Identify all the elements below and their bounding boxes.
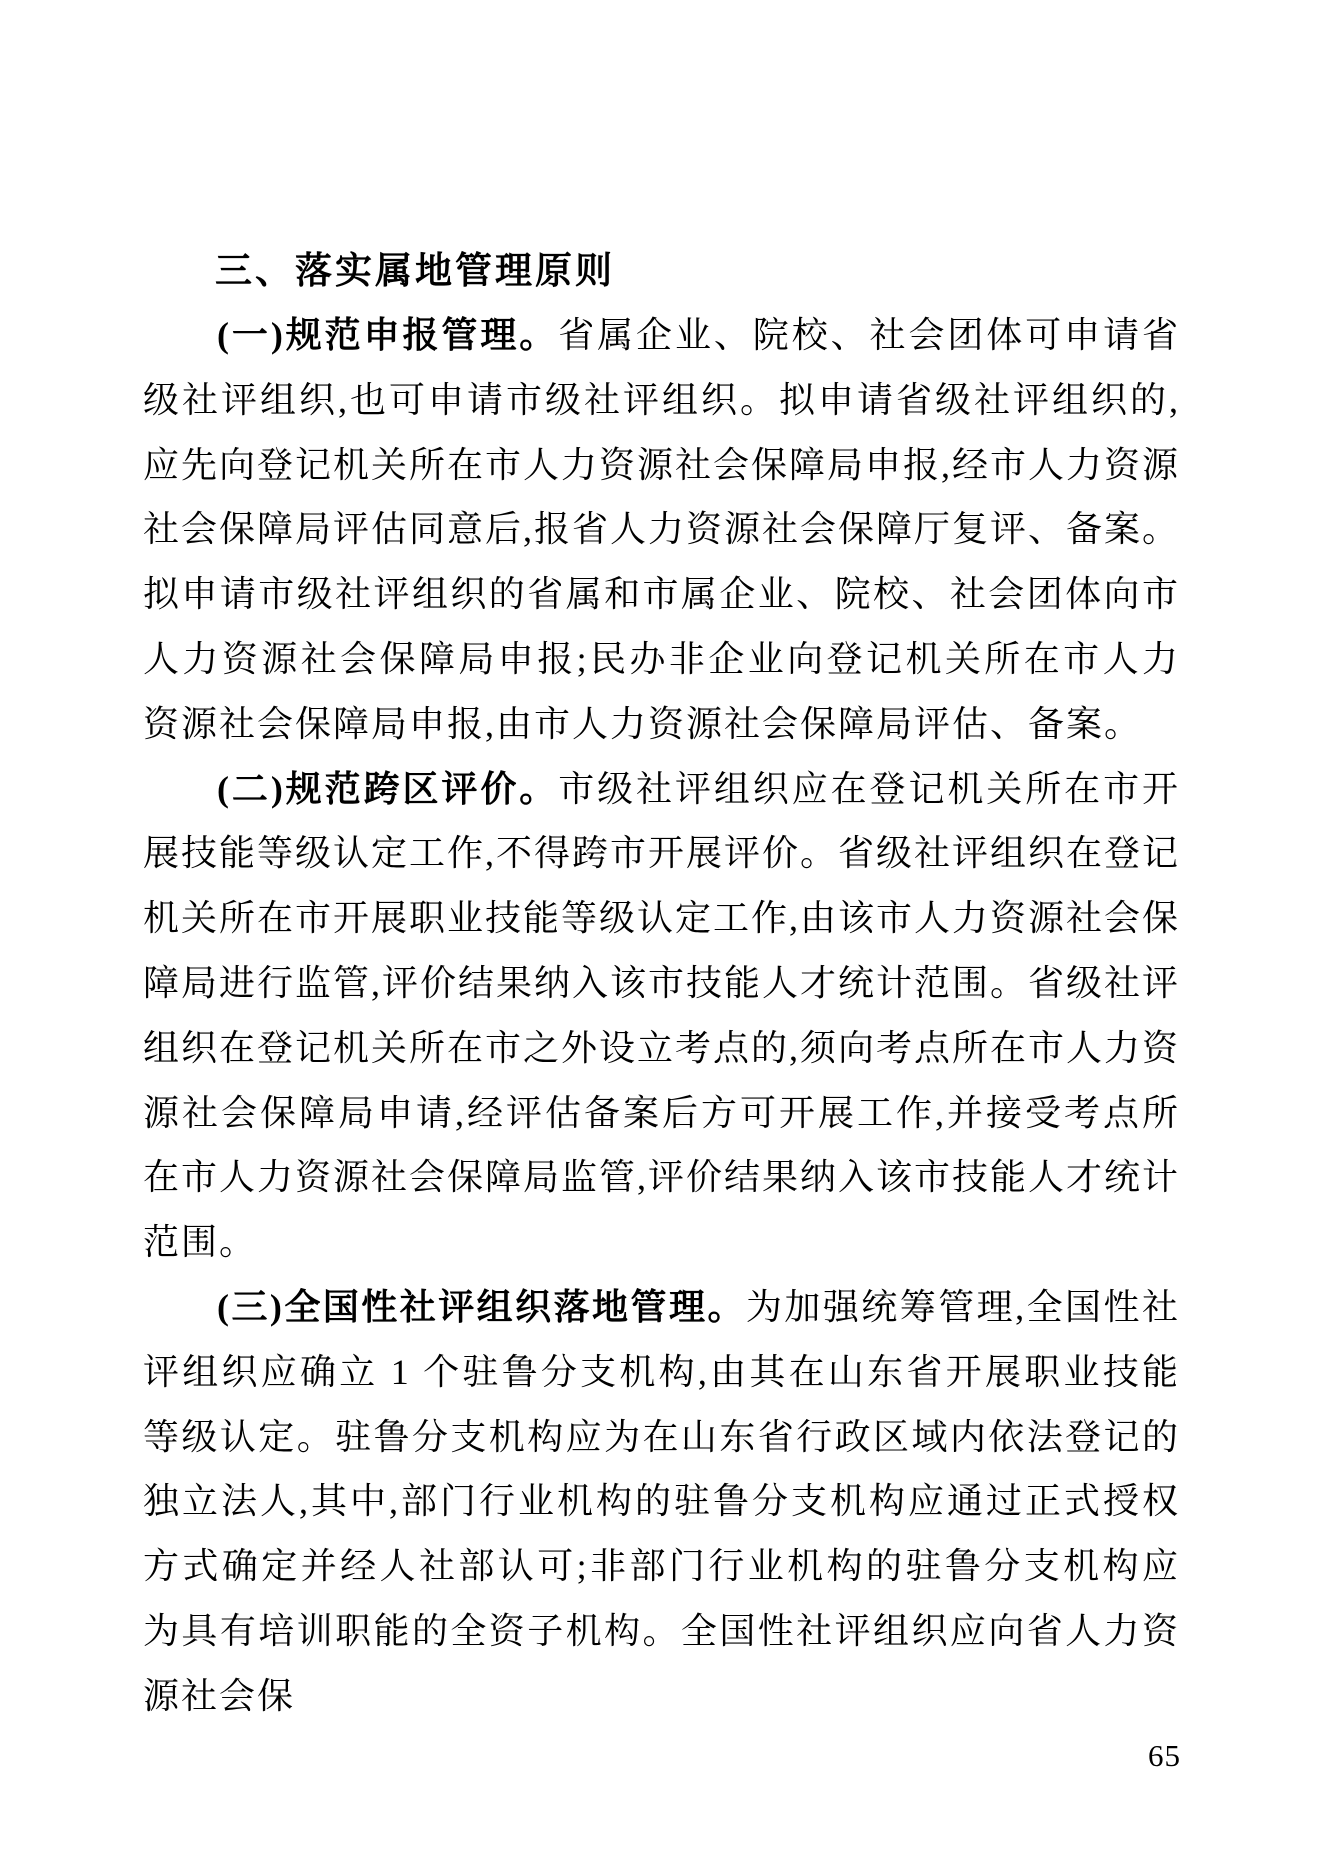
- section-heading: 三、落实属地管理原则: [143, 238, 1180, 303]
- page-number: 65: [1148, 1736, 1181, 1776]
- text-block: 三、落实属地管理原则 (一)规范申报管理。省属企业、院校、社会团体可申请省级社评…: [143, 238, 1180, 1729]
- paragraph-1: (一)规范申报管理。省属企业、院校、社会团体可申请省级社评组织,也可申请市级社评…: [143, 303, 1180, 757]
- document-page: 三、落实属地管理原则 (一)规范申报管理。省属企业、院校、社会团体可申请省级社评…: [0, 0, 1323, 1871]
- paragraph-1-lead: (一)规范申报管理。: [217, 315, 558, 355]
- paragraph-2-lead: (二)规范跨区评价。: [217, 769, 558, 809]
- paragraph-1-text: 省属企业、院校、社会团体可申请省级社评组织,也可申请市级社评组织。拟申请省级社评…: [143, 315, 1180, 744]
- paragraph-3-lead: (三)全国性社评组织落地管理。: [217, 1287, 746, 1327]
- paragraph-3: (三)全国性社评组织落地管理。为加强统筹管理,全国性社评组织应确立 1 个驻鲁分…: [143, 1275, 1180, 1729]
- paragraph-2-text: 市级社评组织应在登记机关所在市开展技能等级认定工作,不得跨市开展评价。省级社评组…: [143, 769, 1180, 1263]
- paragraph-2: (二)规范跨区评价。市级社评组织应在登记机关所在市开展技能等级认定工作,不得跨市…: [143, 757, 1180, 1275]
- paragraph-3-text: 为加强统筹管理,全国性社评组织应确立 1 个驻鲁分支机构,由其在山东省开展职业技…: [143, 1287, 1180, 1716]
